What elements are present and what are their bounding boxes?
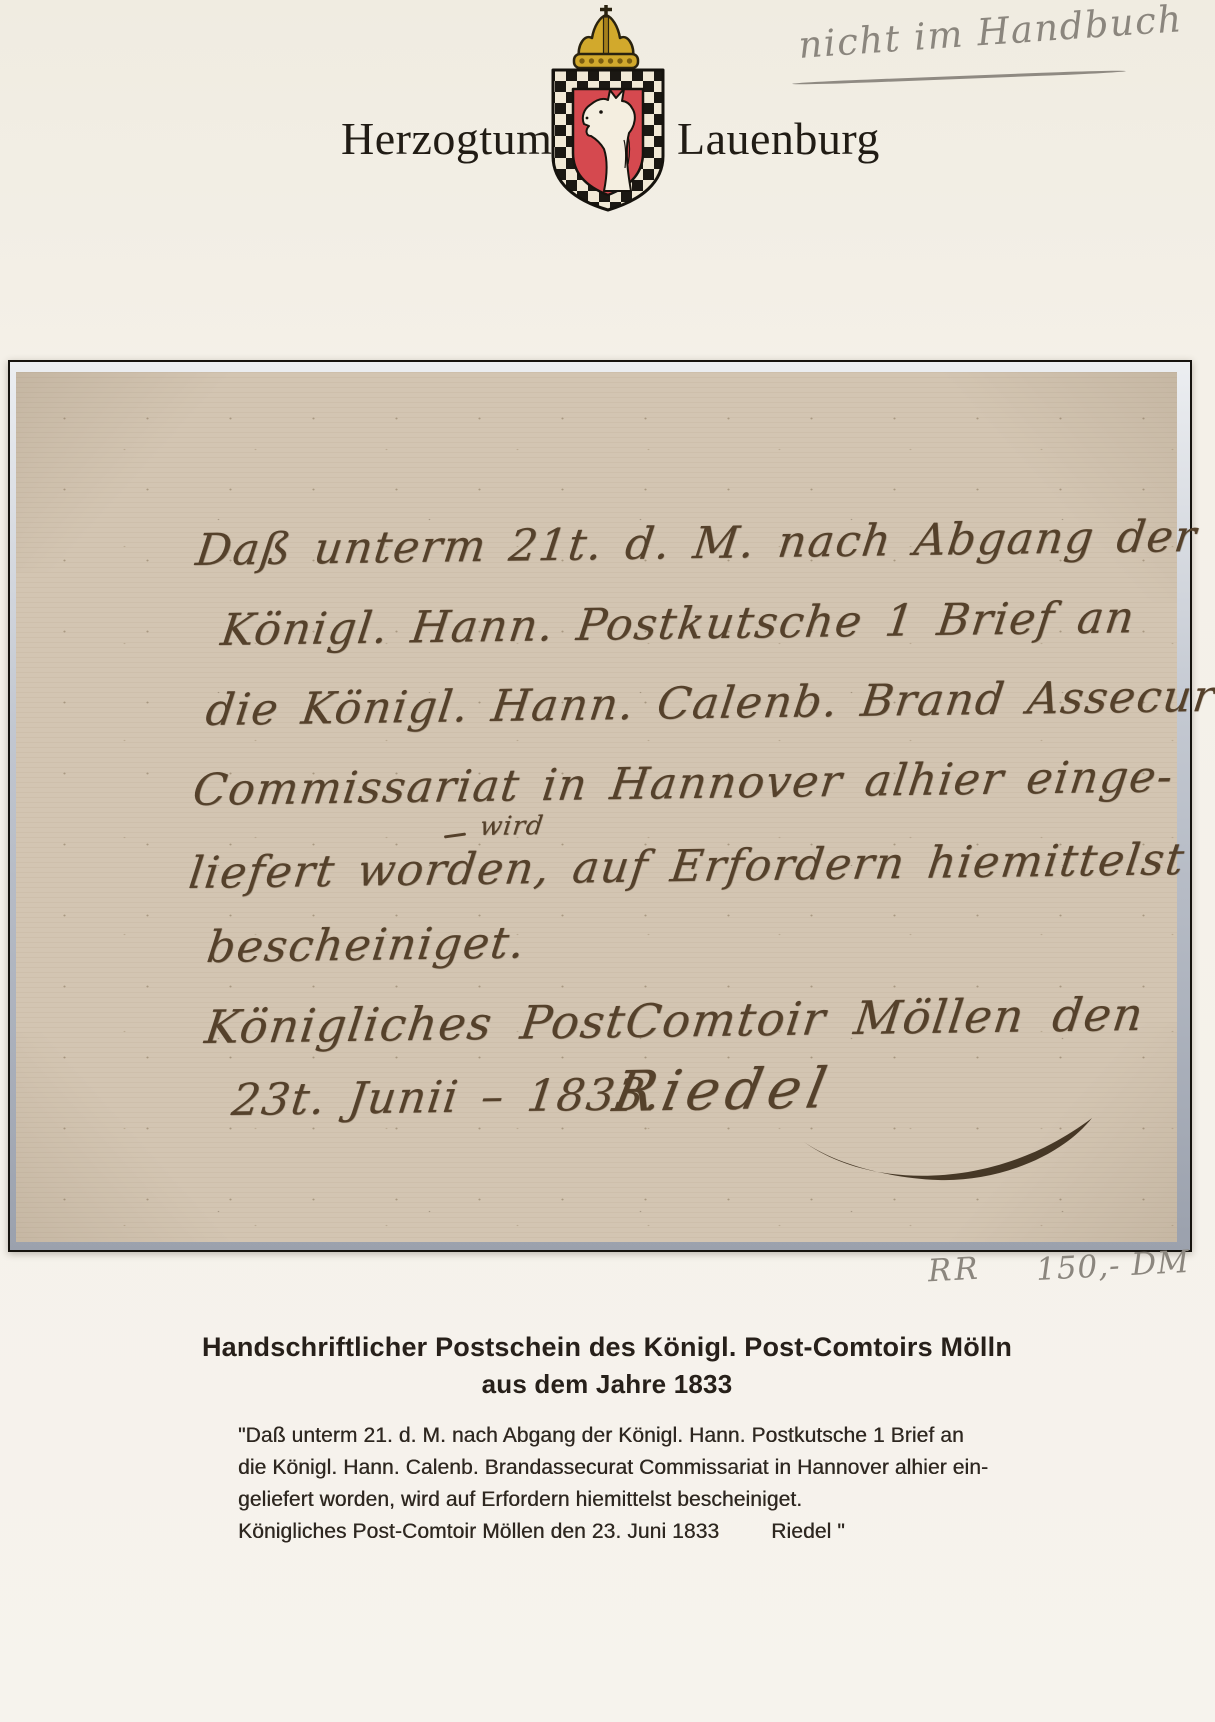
transcription-line: "Daß unterm 21. d. M. nach Abgang der Kö… [238,1420,1038,1452]
price-annotation: 150,- DM [1035,1244,1191,1288]
document-photo: Daß unterm 21t. d. M. nach Abgang der Kö… [8,360,1192,1252]
handwriting-line: bescheiniget. [204,918,529,973]
caption-line-1: Handschriftlicher Postschein des Königl.… [107,1332,1107,1363]
shield-icon [553,70,663,210]
header-title-left: Herzogtum [341,112,552,165]
transcription-line: die Königl. Hann. Calenb. Brandassecurat… [238,1452,1038,1484]
inserted-word: wird [478,811,546,842]
pencil-note-underline [792,70,1126,86]
transcription-signature: Riedel " [771,1516,845,1548]
transcription-last-line: Königliches Post-Comtoir Möllen den 23. … [238,1516,1038,1548]
handwriting-date-line: 23t. Junii – 1833. [229,1069,664,1126]
album-page: Herzogtum Lauenburg [0,0,1215,1722]
paper-crease-top-right [907,372,1177,602]
transcription-block: "Daß unterm 21. d. M. nach Abgang der Kö… [238,1420,1038,1548]
rarity-annotation: RR [927,1251,981,1290]
coat-of-arms [544,4,672,212]
caption-line-2: aus dem Jahre 1833 [107,1369,1107,1400]
header-title-right: Lauenburg [677,112,880,165]
pencil-note: nicht im Handbuch [797,0,1184,67]
transcription-line: Königliches Post-Comtoir Möllen den 23. … [238,1516,719,1548]
transcription-line: geliefert worden, wird auf Erfordern hie… [238,1484,1038,1516]
crown-icon [574,5,638,68]
ink-flourish [798,1108,1098,1193]
paper-crease-bottom-left [16,1032,266,1242]
